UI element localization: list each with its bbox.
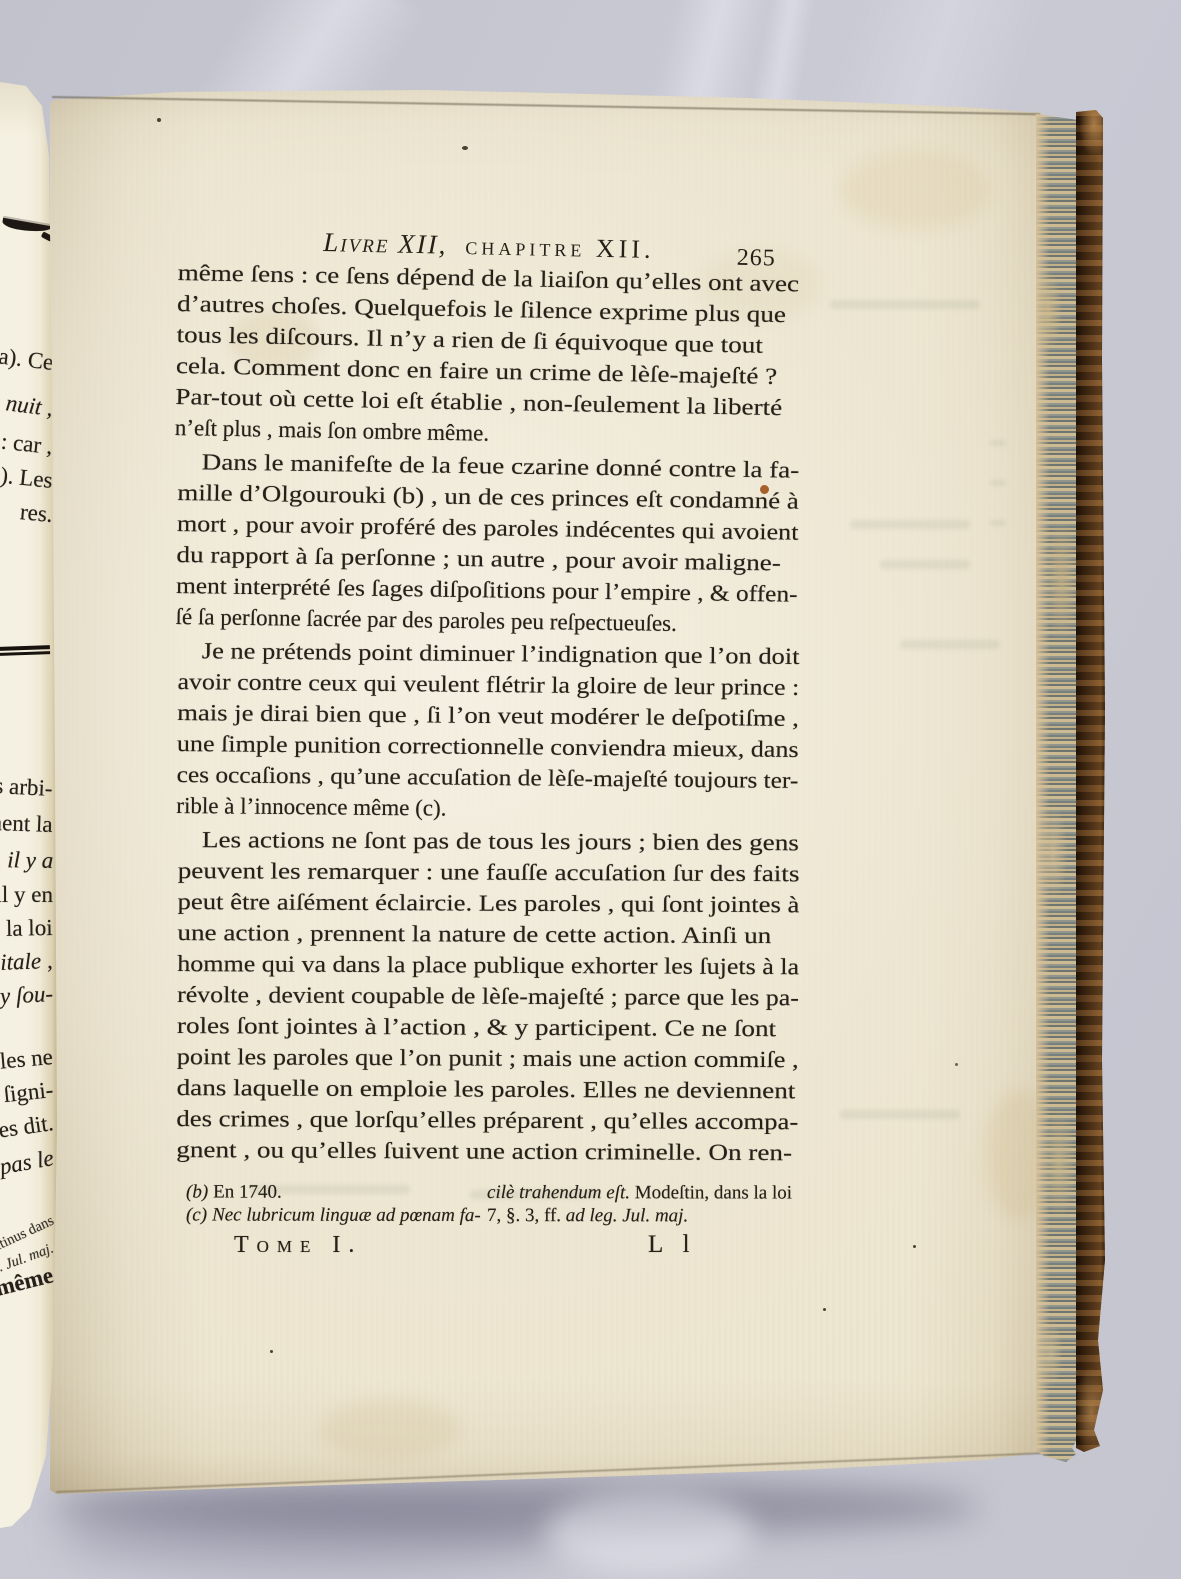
left-page-text-fragment: ; elles ne [0,1044,54,1077]
text-line: point les paroles que l’on punit ; mais … [177,1041,799,1075]
footnote-line: 7, §. 3, ff. ad leg. Jul. maj. [487,1204,802,1228]
foxing-speck [270,1350,273,1353]
left-page-text-fragment: es ne ſigni- [0,1077,54,1114]
bleed-through-mark [990,440,1006,446]
text-line: révolte , devient coupable de lèſe-majeſ… [177,979,799,1013]
footnote-column-right: cilè trahendum eſt. Modeſtin, dans la lo… [487,1181,802,1228]
paragraph: même ſens : ce ſens dépend de la liaiſon… [175,257,800,454]
chapter-title: chapitre XII. [465,231,655,264]
signature-mark: L l [648,1230,697,1260]
left-page-text-fragment: res. [19,499,54,528]
footnotes: (b)En 1740. (c)Nec lubricum linguæ ad pœ… [178,1180,800,1227]
left-page-text-fragment: nie : car , [0,425,54,460]
backdrop-highlight [545,1492,755,1572]
text-line: rible à l’innocence même (c). [176,790,798,827]
bleed-through-mark [830,300,980,309]
footnote-line: (b)En 1740. [186,1180,486,1204]
left-page-text-fragment: que la loi [0,915,53,942]
left-page-text-fragment: (b). Les [0,461,54,494]
text-line: des crimes , que lorſqu’elles préparent … [176,1103,798,1137]
bleed-through-mark [990,480,1006,486]
left-page-text-fragment: plus arbi- [0,771,54,802]
left-page-text-fragment: & il y en [0,882,53,908]
text-line: homme qui va dans la place publique exho… [177,948,799,982]
paragraph: Dans le manifeſte de la feue czarine don… [175,446,800,641]
headpiece-rule-end [2,218,53,236]
facing-page-edge: s (a). Ce la nuit , nie : car , (b). Les… [0,76,58,1548]
book-title: Livre XII, [323,227,448,260]
foxing-speck [955,1063,958,1066]
footnote-line: cilè trahendum eſt. Modeſtin, dans la lo… [487,1181,802,1205]
footnote-line: (c)Nec lubricum linguæ ad pœnam fa- [186,1203,486,1227]
left-page-text-fragment: rend pas le [0,1145,55,1188]
foxing-speck [823,1308,826,1311]
paragraph: Je ne prétends point diminuer l’indignat… [176,635,800,827]
left-page-text-fragment: viennent la [0,808,53,838]
double-rule [0,645,50,656]
foxing-speck [913,1245,916,1248]
paragraph: Les actions ne ſont pas de tous les jour… [176,824,800,1168]
text-line: une action , prennent la nature de cette… [177,917,799,951]
bleed-through-mark [990,520,1006,526]
stain [320,1400,460,1460]
bleed-through-mark [840,1110,960,1119]
left-page-text-fragment: s (a). Ce [0,341,55,376]
leather-cover-edge [1076,110,1106,1452]
bleed-through-mark [900,640,1000,649]
left-page-text-fragment: capitale , [0,948,53,977]
text-line: dans laquelle on emploie les paroles. El… [177,1072,799,1106]
foxing-speck [157,118,161,122]
book-cast-shadow [60,1502,560,1572]
page-text: Livre XII, chapitre XII. 265 même ſens :… [178,222,800,1260]
bleed-through-mark [850,520,970,529]
left-page-text-fragment: t on les dit. [0,1110,55,1150]
footnote-column-left: (b)En 1740. (c)Nec lubricum linguæ ad pœ… [186,1180,486,1227]
text-line: roles ſont jointes à l’action , & y part… [177,1010,799,1044]
foxing-speck [462,146,468,150]
left-page-text-fragment: elle y ſou- [0,981,54,1012]
bleed-through-mark [880,560,970,569]
text-line: peuvent les remarquer : une fauſſe accuſ… [178,855,800,889]
text-line: ces occaſions , qu’une accuſation de lèſ… [177,759,799,796]
page-footer: Tome I. L l [178,1230,800,1260]
stain [840,150,990,230]
photo-backdrop: s (a). Ce la nuit , nie : car , (b). Les… [0,0,1181,1579]
text-line: peut être aiſément éclaircie. Les parole… [178,886,800,920]
text-line: gnent , ou qu’elles ſuivent une action c… [176,1134,798,1168]
text-line: Les actions ne ſont pas de tous les jour… [178,824,800,858]
book-fore-edge [1036,108,1078,1462]
tome-label: Tome I. [234,1230,362,1260]
left-page-text-fragment: on , il y a [0,846,53,874]
left-page-text-fragment: la nuit , [0,387,55,421]
